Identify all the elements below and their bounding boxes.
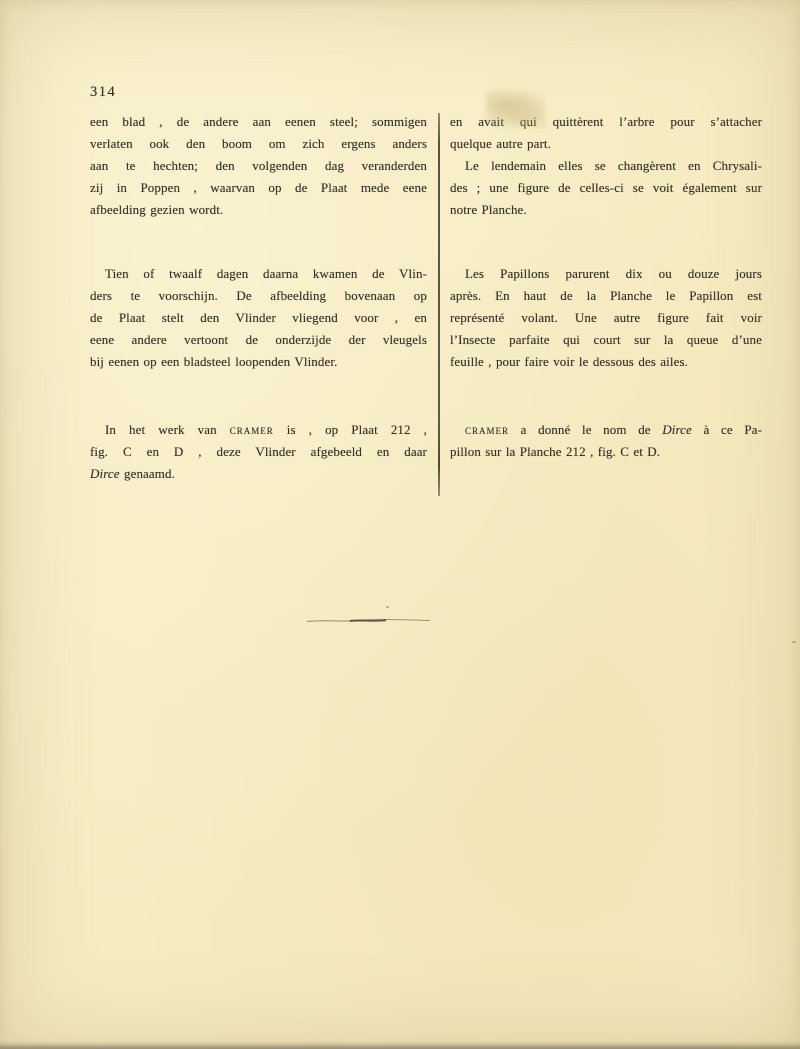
text-segment: Les Papillons parurent dix ou douze jour… [465,266,762,281]
column-divider-rule [438,113,440,496]
text-segment: en avait qui quittèrent l’arbre pour s’a… [450,114,762,129]
paper-speck [792,641,796,643]
page-number: 314 [90,84,116,101]
text-segment: In het werk van [105,422,230,437]
paragraph-group: Les Papillons parurent dix ou douze jour… [450,263,762,373]
text-line: en avait qui quittèrent l’arbre pour s’a… [450,111,762,133]
text-line: des ; une figure de celles-ci se voit ég… [450,177,762,199]
text-segment: genaamd. [120,466,175,481]
text-line: l’Insecte parfaite qui court sur la queu… [450,329,762,351]
text-segment: aan te hechten; den volgenden dag verand… [90,158,427,173]
paper-speck [386,606,389,608]
paragraph: In het werk van cramer is , op Plaat 212… [90,419,427,485]
paragraph-group: een blad , de andere aan eenen steel; so… [90,111,427,221]
text-line: In het werk van cramer is , op Plaat 212… [90,419,427,441]
text-line: fig. C en D , deze Vlinder afgebeeld en … [90,441,427,463]
text-line: représenté volant. Une autre figure fait… [450,307,762,329]
text-line: Le lendemain elles se changèrent en Chry… [450,155,762,177]
paragraph-group: In het werk van cramer is , op Plaat 212… [90,419,427,485]
text-line: notre Planche. [450,199,762,221]
text-segment: bij eenen op een bladsteel loopenden Vli… [90,354,337,369]
text-line: ders te voorschijn. De afbeelding bovena… [90,285,427,307]
text-segment: a donné le nom de [509,422,662,437]
text-segment: een blad , de andere aan eenen steel; so… [90,114,427,129]
text-segment: des ; une figure de celles-ci se voit ég… [450,180,762,195]
text-segment: représenté volant. Une autre figure fait… [450,310,762,325]
paragraph-group: Tien of twaalf dagen daarna kwamen de Vl… [90,263,427,373]
text-segment: zij in Poppen , waarvan op de Plaat mede… [90,180,427,195]
text-segment: fig. C en D , deze Vlinder afgebeeld en … [90,444,427,459]
text-line: bij eenen op een bladsteel loopenden Vli… [90,351,427,373]
text-segment: verlaten ook den boom om zich ergens and… [90,136,427,151]
species-name-italic: Dirce [662,422,692,437]
text-line: afbeelding gezien wordt. [90,199,427,221]
text-segment: afbeelding gezien wordt. [90,202,223,217]
paragraph: Tien of twaalf dagen daarna kwamen de Vl… [90,263,427,373]
text-segment: is , op Plaat 212 , [274,422,427,437]
text-line: pillon sur la Planche 212 , fig. C et D. [450,441,762,463]
text-segment: après. En haut de la Planche le Papillon… [450,288,762,303]
text-segment: Le lendemain elles se changèrent en Chry… [465,158,762,173]
text-line: een blad , de andere aan eenen steel; so… [90,111,427,133]
text-line: cramer a donné le nom de Dirce à ce Pa- [450,419,762,441]
species-name-italic: Dirce [90,466,120,481]
paragraph-group: en avait qui quittèrent l’arbre pour s’a… [450,111,762,221]
scratch-mark [306,616,432,625]
text-segment: à ce Pa- [692,422,762,437]
text-line: aan te hechten; den volgenden dag verand… [90,155,427,177]
text-line: zij in Poppen , waarvan op de Plaat mede… [90,177,427,199]
text-segment: ders te voorschijn. De afbeelding bovena… [90,288,427,303]
text-line: eene andere vertoont de onderzijde der v… [90,329,427,351]
book-scan: { "page": { "number": "314", "paper_colo… [0,0,800,1049]
text-segment: eene andere vertoont de onderzijde der v… [90,332,427,347]
text-line: quelque autre part. [450,133,762,155]
text-line: Dirce genaamd. [90,463,427,485]
text-segment: notre Planche. [450,202,527,217]
text-line: après. En haut de la Planche le Papillon… [450,285,762,307]
text-line: Tien of twaalf dagen daarna kwamen de Vl… [90,263,427,285]
column-french-text: en avait qui quittèrent l’arbre pour s’a… [450,111,762,463]
text-segment: de Plaat stelt den Vlinder vliegend voor… [90,310,427,325]
text-segment: pillon sur la Planche 212 , fig. C et D. [450,444,660,459]
column-dutch-text: een blad , de andere aan eenen steel; so… [90,111,427,485]
paragraph: en avait qui quittèrent l’arbre pour s’a… [450,111,762,155]
text-segment: l’Insecte parfaite qui court sur la queu… [450,332,762,347]
text-line: feuille , pour faire voir le dessous des… [450,351,762,373]
text-line: Les Papillons parurent dix ou douze jour… [450,263,762,285]
paragraph: Le lendemain elles se changèrent en Chry… [450,155,762,221]
smallcaps-name: cramer [230,422,274,437]
text-segment: Tien of twaalf dagen daarna kwamen de Vl… [105,266,427,281]
smallcaps-name: cramer [465,422,509,437]
text-segment: feuille , pour faire voir le dessous des… [450,354,688,369]
text-line: verlaten ook den boom om zich ergens and… [90,133,427,155]
scanned-page: 314 een blad , de andere aan eenen steel… [0,0,800,1049]
text-segment: quelque autre part. [450,136,551,151]
paragraph: een blad , de andere aan eenen steel; so… [90,111,427,221]
paragraph-group: cramer a donné le nom de Dirce à ce Pa-p… [450,419,762,463]
paragraph: Les Papillons parurent dix ou douze jour… [450,263,762,373]
text-line: de Plaat stelt den Vlinder vliegend voor… [90,307,427,329]
paragraph: cramer a donné le nom de Dirce à ce Pa-p… [450,419,762,463]
page-bottom-edge [0,1041,800,1049]
